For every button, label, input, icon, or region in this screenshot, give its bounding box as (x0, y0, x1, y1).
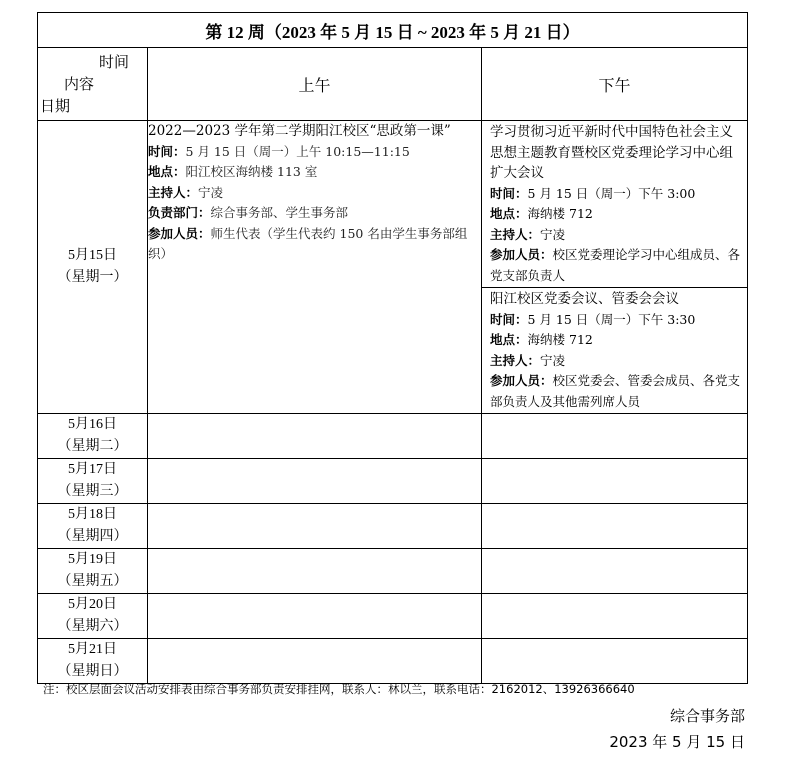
field-label: 主持人： (490, 353, 540, 368)
event-field: 参加人员：校区党委理论学习中心组成员、各党支部负责人 (490, 245, 741, 286)
table-row: 5月16日（星期二） (38, 414, 748, 459)
afternoon-event-cell: 学习贯彻习近平新时代中国特色社会主义思想主题教育暨校区党委理论学习中心组扩大会议… (482, 121, 748, 414)
day-date: 5月21日 (38, 639, 147, 661)
table-row: 5月19日（星期五） (38, 549, 748, 594)
day-date: 5月19日 (38, 549, 147, 571)
corner-label-content: 内容 (64, 74, 94, 94)
morning-event-cell: 2022—2023 学年第二学期阳江校区“思政第一课” 时间：5 月 15 日（… (148, 121, 482, 414)
field-label: 参加人员： (490, 373, 553, 388)
footer-note: 注：校区层面会议活动安排表由综合事务部负责安排挂网，联系人：林以兰，联系电话：2… (43, 681, 635, 697)
morning-event-cell (148, 414, 482, 459)
afternoon-event-cell (482, 549, 748, 594)
day-cell: 5月20日（星期六） (38, 594, 148, 639)
afternoon-event-cell (482, 459, 748, 504)
schedule-title: 第 12 周（2023 年 5 月 15 日 ~ 2023 年 5 月 21 日… (38, 13, 748, 48)
field-label: 地点： (490, 206, 528, 221)
morning-event-cell (148, 459, 482, 504)
event-title: 2022—2023 学年第二学期阳江校区“思政第一课” (148, 121, 481, 142)
field-value: 5 月 15 日（周一）下午 3:00 (528, 186, 696, 201)
field-value: 综合事务部、学生事务部 (211, 205, 349, 220)
field-value: 5 月 15 日（周一）上午 10:15—11:15 (186, 144, 410, 159)
field-label: 地点： (148, 164, 186, 179)
field-label: 主持人： (490, 227, 540, 242)
table-row: 5月17日（星期三） (38, 459, 748, 504)
event-field: 地点：海纳楼 712 (490, 330, 741, 351)
table-row: 5月21日（星期日） (38, 639, 748, 684)
field-label: 参加人员： (148, 226, 211, 241)
day-date: 5月18日 (38, 504, 147, 526)
field-value: 海纳楼 712 (528, 332, 593, 347)
day-weekday: （星期二） (38, 436, 147, 458)
field-value: 5 月 15 日（周一）下午 3:30 (528, 312, 696, 327)
event-field: 主持人：宁凌 (490, 351, 741, 372)
day-cell: 5月15日 （星期一） (38, 121, 148, 414)
day-date: 5月20日 (38, 594, 147, 616)
day-cell: 5月17日（星期三） (38, 459, 148, 504)
event-title: 学习贯彻习近平新时代中国特色社会主义思想主题教育暨校区党委理论学习中心组扩大会议 (490, 122, 741, 184)
day-date: 5月17日 (38, 459, 147, 481)
event-title: 阳江校区党委会议、管委会会议 (490, 289, 741, 310)
corner-label-time: 时间 (99, 52, 129, 72)
issuing-department: 综合事务部 (670, 705, 745, 726)
field-value: 宁凌 (540, 353, 565, 368)
field-value: 阳江校区海纳楼 113 室 (186, 164, 318, 179)
corner-label-date: 日期 (40, 96, 70, 116)
morning-event-cell (148, 639, 482, 684)
column-header-afternoon: 下午 (482, 48, 748, 121)
field-label: 负责部门： (148, 205, 211, 220)
event-field: 地点：海纳楼 712 (490, 204, 741, 225)
day-weekday: （星期日） (38, 661, 147, 683)
day-date: 5月15日 (38, 245, 147, 267)
field-label: 地点： (490, 332, 528, 347)
day-cell: 5月16日（星期二） (38, 414, 148, 459)
day-cell: 5月18日（星期四） (38, 504, 148, 549)
afternoon-event-cell (482, 414, 748, 459)
day-weekday: （星期四） (38, 526, 147, 548)
event-field: 参加人员：校区党委会、管委会成员、各党支部负责人及其他需列席人员 (490, 371, 741, 412)
table-row: 5月20日（星期六） (38, 594, 748, 639)
corner-header: 时间 内容 日期 (38, 48, 148, 121)
event-field: 参加人员：师生代表（学生代表约 150 名由学生事务部组织） (148, 224, 481, 265)
morning-event-cell (148, 594, 482, 639)
field-value: 宁凌 (540, 227, 565, 242)
event-field: 地点：阳江校区海纳楼 113 室 (148, 162, 481, 183)
field-label: 时间： (490, 312, 528, 327)
event-block: 阳江校区党委会议、管委会会议 时间：5 月 15 日（周一）下午 3:30 地点… (482, 287, 747, 413)
field-label: 时间： (490, 186, 528, 201)
field-value: 宁凌 (198, 185, 223, 200)
day-date: 5月16日 (38, 414, 147, 436)
day-weekday: （星期一） (38, 267, 147, 289)
day-weekday: （星期三） (38, 481, 147, 503)
event-field: 主持人：宁凌 (490, 225, 741, 246)
field-label: 主持人： (148, 185, 198, 200)
event-field: 负责部门：综合事务部、学生事务部 (148, 203, 481, 224)
afternoon-event-cell (482, 639, 748, 684)
afternoon-event-cell (482, 594, 748, 639)
issue-date: 2023 年 5 月 15 日 (609, 731, 745, 752)
morning-event-cell (148, 549, 482, 594)
event-field: 主持人：宁凌 (148, 183, 481, 204)
morning-event-cell (148, 504, 482, 549)
table-row: 5月15日 （星期一） 2022—2023 学年第二学期阳江校区“思政第一课” … (38, 121, 748, 414)
event-field: 时间：5 月 15 日（周一）下午 3:30 (490, 310, 741, 331)
day-weekday: （星期六） (38, 616, 147, 638)
day-cell: 5月19日（星期五） (38, 549, 148, 594)
column-header-morning: 上午 (148, 48, 482, 121)
field-label: 参加人员： (490, 247, 553, 262)
weekly-schedule-table: 第 12 周（2023 年 5 月 15 日 ~ 2023 年 5 月 21 日… (37, 12, 748, 684)
event-field: 时间：5 月 15 日（周一）下午 3:00 (490, 184, 741, 205)
table-row: 5月18日（星期四） (38, 504, 748, 549)
field-label: 时间： (148, 144, 186, 159)
event-block: 学习贯彻习近平新时代中国特色社会主义思想主题教育暨校区党委理论学习中心组扩大会议… (482, 121, 747, 287)
day-weekday: （星期五） (38, 571, 147, 593)
event-field: 时间：5 月 15 日（周一）上午 10:15—11:15 (148, 142, 481, 163)
field-value: 海纳楼 712 (528, 206, 593, 221)
day-cell: 5月21日（星期日） (38, 639, 148, 684)
afternoon-event-cell (482, 504, 748, 549)
